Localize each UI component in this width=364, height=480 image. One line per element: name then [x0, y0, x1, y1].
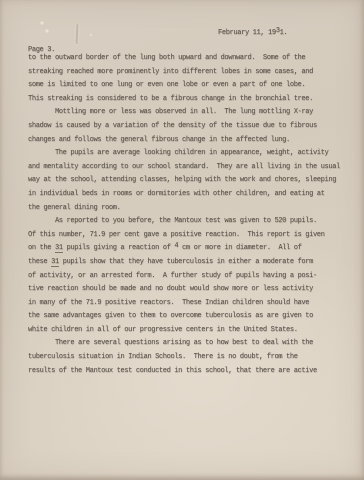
paper-crease-mark — [76, 24, 79, 44]
text-segment: The pupils are average looking children … — [28, 149, 328, 157]
text-segment: pupils show that they have tuberculosis … — [59, 258, 313, 266]
text-segment: This streaking is considered to be a fib… — [28, 95, 313, 103]
text-segment: white children in all of our progressive… — [28, 326, 298, 334]
text-line: This streaking is considered to be a fib… — [28, 93, 348, 107]
text-line: on the 31 pupils giving a reaction of 4 … — [28, 242, 348, 256]
text-segment: Mottling more or less was observed in al… — [28, 108, 313, 116]
text-line: changes and follows the general fibrous … — [28, 134, 348, 148]
text-line: some is limited to one lung or even one … — [28, 79, 348, 93]
text-line: tuberculosis situation in Indian Schools… — [28, 351, 348, 365]
document-page: February 11, 1931. Page 3. to the outwar… — [0, 0, 364, 480]
text-segment: to the outward border of the lung both u… — [28, 54, 305, 62]
text-segment: cm or more in diameter. All of — [178, 244, 301, 252]
text-segment: some is limited to one lung or even one … — [28, 81, 305, 89]
text-line: results of the Mantoux test conducted in… — [28, 365, 348, 379]
text-line: shadow is caused by a variation of the d… — [28, 120, 348, 134]
text-line: the general dining room. — [28, 202, 348, 216]
date-text: February 11, 19 — [218, 29, 276, 37]
text-segment: changes and follows the general fibrous … — [28, 136, 290, 144]
text-line: to the outward border of the lung both u… — [28, 52, 348, 66]
text-segment: way at the school, attending classes, he… — [28, 176, 336, 184]
text-line: streaking reached more prominently into … — [28, 66, 348, 80]
text-segment: these — [28, 258, 51, 266]
document-body: to the outward border of the lung both u… — [28, 52, 348, 378]
text-segment: the same advantages given to them to ove… — [28, 312, 313, 320]
date-raised-digit: 3 — [276, 27, 280, 35]
text-line: Mottling more or less was observed in al… — [28, 106, 348, 120]
text-segment: As reported to you before, the Mantoux t… — [28, 217, 317, 225]
text-segment: the general dining room. — [28, 204, 120, 212]
text-line: in many of the 71.9 positive reactors. T… — [28, 297, 348, 311]
text-line: in individual beds in rooms or dormitori… — [28, 188, 348, 202]
text-line: way at the school, attending classes, he… — [28, 174, 348, 188]
text-line: The pupils are average looking children … — [28, 147, 348, 161]
date-line: February 11, 1931. — [218, 29, 287, 37]
text-segment: There are several questions arising as t… — [28, 339, 313, 347]
text-segment: streaking reached more prominently into … — [28, 68, 313, 76]
text-segment: of activity, or an arrested form. A furt… — [28, 272, 317, 280]
text-line: of activity, or an arrested form. A furt… — [28, 270, 348, 284]
underlined-text: 31 — [55, 244, 63, 253]
text-line: Of this number, 71.9 per cent gave a pos… — [28, 229, 348, 243]
text-line: and mentality according to our school st… — [28, 161, 348, 175]
text-segment: Of this number, 71.9 per cent gave a pos… — [28, 231, 325, 239]
text-segment: on the — [28, 244, 55, 252]
text-line: white children in all of our progressive… — [28, 324, 348, 338]
text-segment: and mentality according to our school st… — [28, 163, 340, 171]
text-segment: in individual beds in rooms or dormitori… — [28, 190, 325, 198]
text-segment: tuberculosis situation in Indian Schools… — [28, 353, 298, 361]
raised-text: 4 — [174, 242, 178, 250]
text-line: There are several questions arising as t… — [28, 337, 348, 351]
text-line: As reported to you before, the Mantoux t… — [28, 215, 348, 229]
text-segment: results of the Mantoux test conducted in… — [28, 367, 317, 375]
text-segment: shadow is caused by a variation of the d… — [28, 122, 317, 130]
text-line: the same advantages given to them to ove… — [28, 310, 348, 324]
text-segment: pupils giving a reaction of — [63, 244, 175, 252]
text-line: tive reaction should be made and no doub… — [28, 283, 348, 297]
text-segment: in many of the 71.9 positive reactors. T… — [28, 299, 309, 307]
date-text-end: 1. — [280, 29, 288, 37]
text-segment: tive reaction should be made and no doub… — [28, 285, 313, 293]
text-line: these 31 pupils show that they have tube… — [28, 256, 348, 270]
underlined-text: 31 — [51, 258, 59, 267]
